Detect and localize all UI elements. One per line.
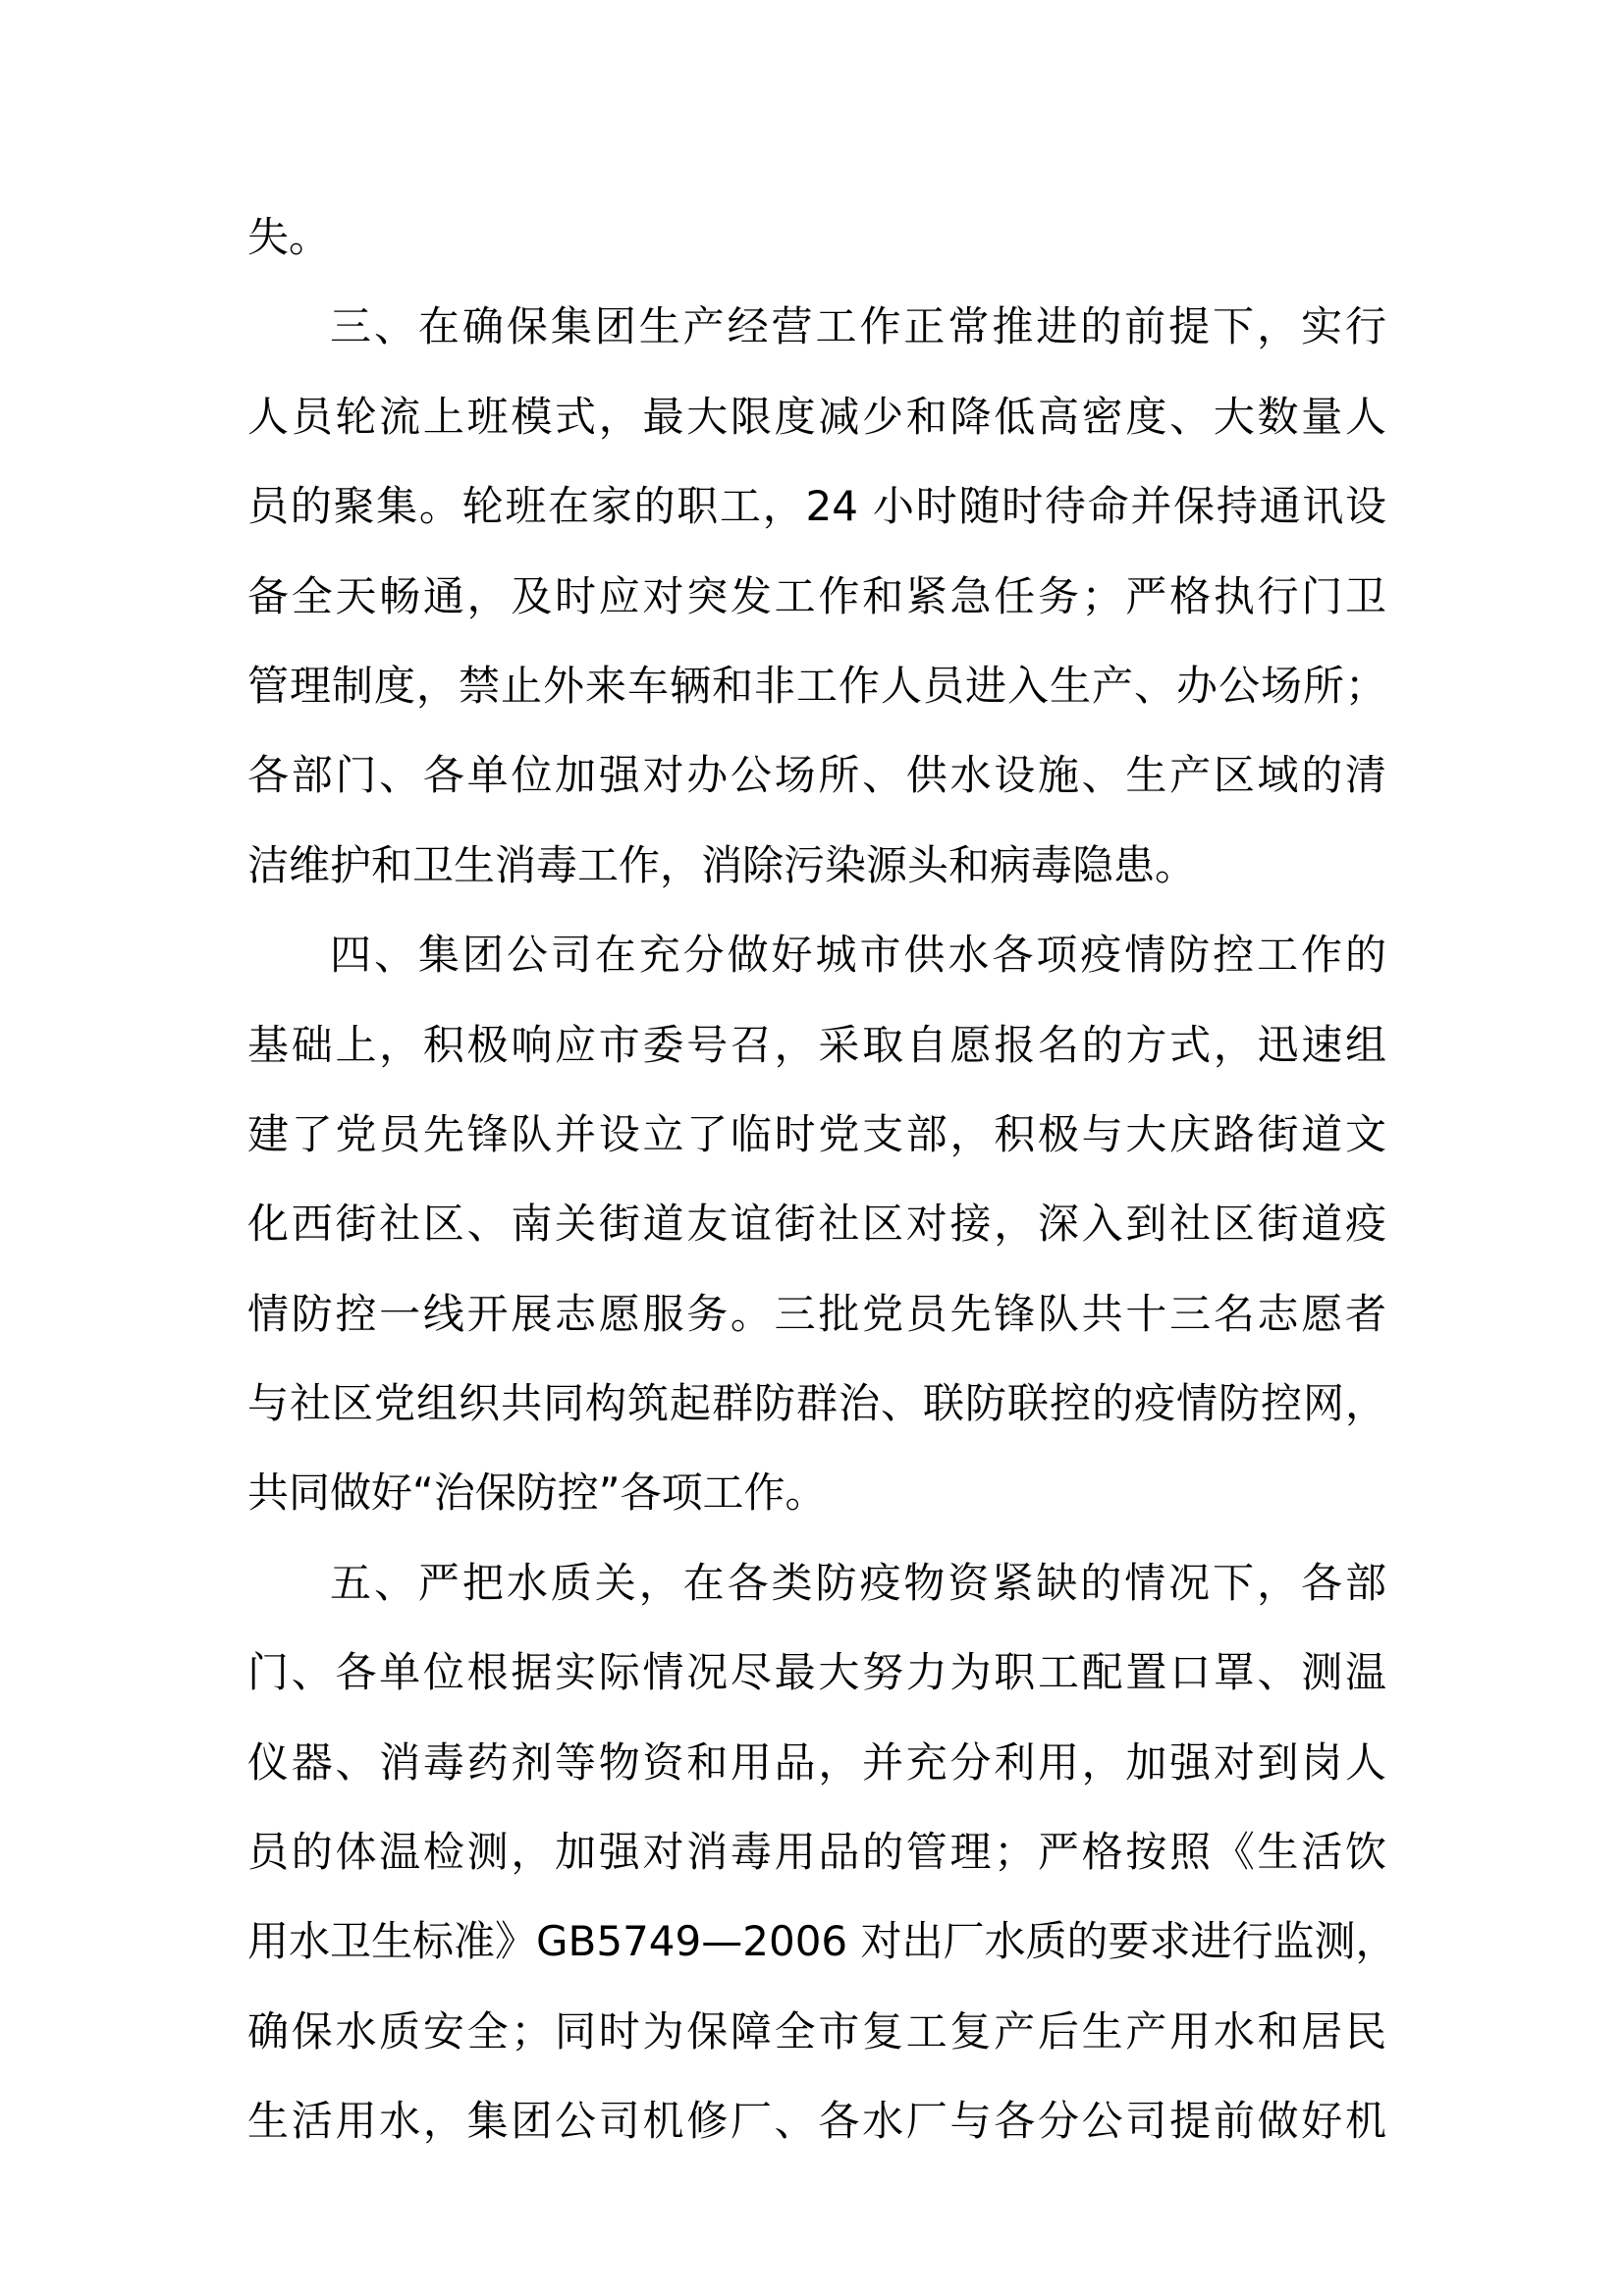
text-line: 用水卫生标准》GB5749—2006 对出厂水质的要求进行监测，	[247, 1896, 1386, 1986]
text-line: 员的体温检测，加强对消毒用品的管理；严格按照《生活饮	[247, 1807, 1386, 1896]
text-line: 共同做好“治保防控”各项工作。	[247, 1448, 1386, 1537]
text-line: 失。	[247, 192, 1386, 282]
text-line: 与社区党组织共同构筑起群防群治、联防联控的疫情防控网，	[247, 1359, 1386, 1448]
text-line: 确保水质安全；同时为保障全市复工复产后生产用水和居民	[247, 1987, 1386, 2076]
text-line: 各部门、各单位加强对办公场所、供水设施、生产区域的清	[247, 730, 1386, 820]
text-line: 建了党员先锋队并设立了临时党支部，积极与大庆路街道文	[247, 1090, 1386, 1179]
text-line: 基础上，积极响应市委号召，采取自愿报名的方式，迅速组	[247, 1000, 1386, 1090]
text-line: 洁维护和卫生消毒工作，消除污染源头和病毒隐患。	[247, 821, 1386, 910]
paragraph-four-first-line: 四、集团公司在充分做好城市供水各项疫情防控工作的	[247, 910, 1386, 999]
text-line: 管理制度，禁止外来车辆和非工作人员进入生产、办公场所；	[247, 641, 1386, 730]
text-line: 备全天畅通，及时应对突发工作和紧急任务；严格执行门卫	[247, 552, 1386, 641]
paragraph-three-first-line: 三、在确保集团生产经营工作正常推进的前提下，实行	[247, 282, 1386, 371]
paragraph-five-first-line: 五、严把水质关，在各类防疫物资紧缺的情况下，各部	[247, 1538, 1386, 1628]
text-line: 化西街社区、南关街道友谊街社区对接，深入到社区街道疫	[247, 1179, 1386, 1268]
text-line: 生活用水，集团公司机修厂、各水厂与各分公司提前做好机	[247, 2076, 1386, 2165]
text-line: 人员轮流上班模式，最大限度减少和降低高密度、大数量人	[247, 372, 1386, 461]
text-line: 情防控一线开展志愿服务。三批党员先锋队共十三名志愿者	[247, 1269, 1386, 1359]
text-line: 门、各单位根据实际情况尽最大努力为职工配置口罩、测温	[247, 1628, 1386, 1717]
document-page: 失。 三、在确保集团生产经营工作正常推进的前提下，实行 人员轮流上班模式，最大限…	[247, 192, 1386, 2166]
text-line: 员的聚集。轮班在家的职工，24 小时随时待命并保持通讯设	[247, 461, 1386, 551]
text-line: 仪器、消毒药剂等物资和用品，并充分利用，加强对到岗人	[247, 1718, 1386, 1807]
